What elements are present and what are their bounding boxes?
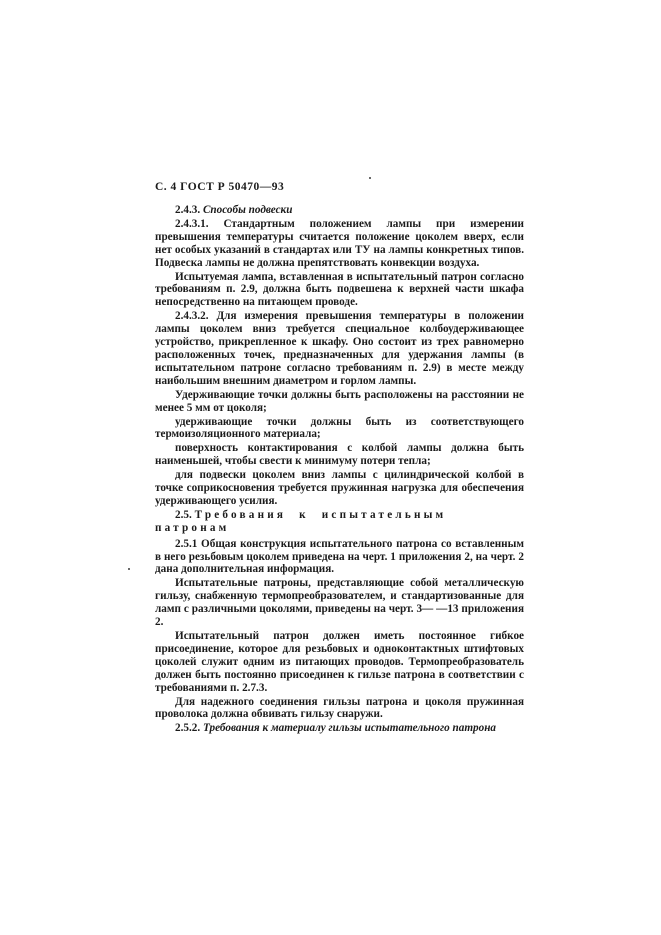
paragraph-2-5-1: 2.5.1 Общая конструкция испытательного п… bbox=[155, 538, 524, 577]
paragraph-2-4-3-2: 2.4.3.2. Для измерения превышения темпер… bbox=[155, 310, 524, 387]
section-number: 2.5.2. bbox=[175, 722, 200, 734]
paragraph-lamp-suspension: Испытуемая лампа, вставленная в испытате… bbox=[155, 271, 524, 310]
scan-speck bbox=[128, 568, 130, 570]
paragraph-flexible-connection: Испытательный патрон должен иметь постоя… bbox=[155, 630, 524, 695]
paragraph-spring-wire: Для надежного соединения гильзы патрона … bbox=[155, 696, 524, 722]
paragraph-2-4-3-1: 2.4.3.1. Стандартным положением лампы пр… bbox=[155, 218, 524, 270]
section-heading-2-5-2: 2.5.2. Требования к материалу гильзы исп… bbox=[155, 722, 524, 735]
paragraph-test-holders: Испытательные патроны, представляющие со… bbox=[155, 577, 524, 629]
scan-speck bbox=[257, 276, 260, 277]
paragraph-holding-points-distance: Удерживающие точки должны быть расположе… bbox=[155, 389, 524, 415]
scan-speck bbox=[369, 177, 371, 179]
paragraph-holding-points-material: удерживающие точки должны быть из соотве… bbox=[155, 416, 524, 442]
section-number: 2.4.3. bbox=[175, 204, 200, 216]
section-number: 2.5. bbox=[175, 509, 192, 521]
document-body: 2.4.3. Способы подвески 2.4.3.1. Стандар… bbox=[155, 204, 524, 735]
paragraph-spring-load: для подвески цоколем вниз лампы с цилинд… bbox=[155, 469, 524, 508]
page-header: С. 4 ГОСТ Р 50470—93 bbox=[155, 181, 284, 193]
scanned-document-page: { "header": { "text": "С. 4 ГОСТ Р 50470… bbox=[0, 0, 661, 935]
section-heading-2-4-3: 2.4.3. Способы подвески bbox=[155, 204, 524, 217]
section-title: Способы подвески bbox=[203, 204, 292, 216]
section-heading-2-5: 2.5. Требования к испытательным патронам bbox=[155, 509, 524, 535]
section-title: Требования к материалу гильзы испытатель… bbox=[203, 722, 496, 734]
section-title: Требования к испытательным патронам bbox=[155, 509, 446, 534]
paragraph-contact-surface: поверхность контактирования с колбой лам… bbox=[155, 442, 524, 468]
